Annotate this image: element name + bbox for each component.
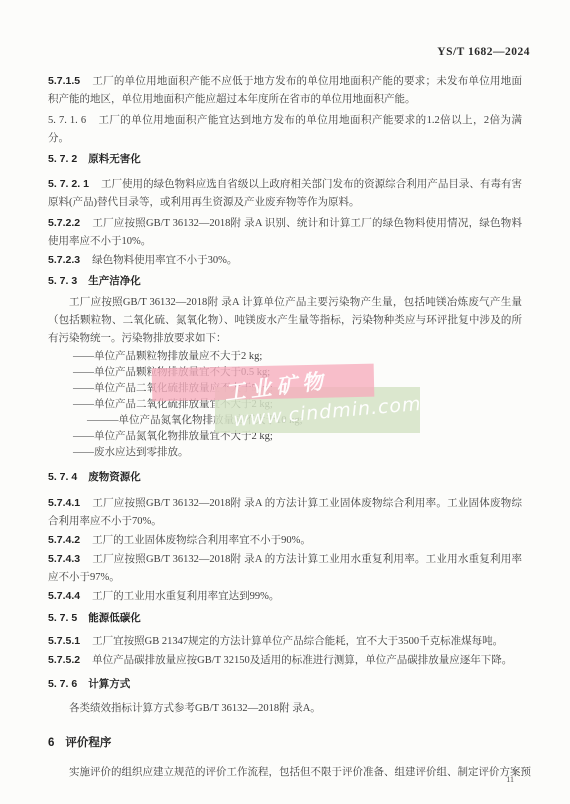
paragraph-6: 实施评价的组织应建立规范的评价工作流程，包括但不限于评价准备、组建评价组、制定评… <box>48 764 522 782</box>
clause-text: 工厂宜按照GB 21347规定的方法计算单位产品综合能耗，宜不大于3500千克标… <box>92 636 503 647</box>
heading-title: 生产洁净化 <box>88 275 141 287</box>
page-number: 11 <box>506 775 514 784</box>
heading-number: 5. 7. 3 <box>48 275 77 287</box>
clause-5-7-2-3: 5.7.2.3绿色物料使用率宜不小于30%。 <box>48 251 522 270</box>
clause-text: 工厂的单位用地面积产能宜达到地方发布的单位用地面积产能要求的1.2倍以上，2倍为… <box>48 115 522 144</box>
heading-5-7-4: 5. 7. 4废物资源化 <box>48 470 522 484</box>
clause-5-7-4-3: 5.7.4.3工厂应按照GB/T 36132—2018附 录A 的方法计算工业用… <box>48 550 522 587</box>
clause-number: 5.7.5.1 <box>48 635 80 647</box>
clause-number: 5.7.1.5 <box>48 75 80 87</box>
clause-number: 5.7.4.3 <box>48 553 80 565</box>
clause-text: 绿色物料使用率宜不小于30%。 <box>92 255 237 266</box>
heading-6: 6评价程序 <box>48 735 522 751</box>
clause-5-7-5-2: 5.7.5.2单位产品碳排放量应按GB/T 32150及适用的标准进行测算，单位… <box>48 651 522 670</box>
clause-text: 工厂的工业固体废物综合利用率宜不小于90%。 <box>92 535 311 546</box>
heading-5-7-2: 5. 7. 2原料无害化 <box>48 152 522 166</box>
heading-title: 废物资源化 <box>88 471 141 483</box>
clause-5-7-4-2: 5.7.4.2工厂的工业固体废物综合利用率宜不小于90%。 <box>48 531 522 550</box>
clause-text: 工厂应按照GB/T 36132—2018附 录A 的方法计算工业固体废物综合利用… <box>48 498 522 527</box>
heading-number: 5. 7. 4 <box>48 471 77 483</box>
paragraph-5-7-6: 各类绩效指标计算方式参考GB/T 36132—2018附 录A。 <box>48 700 522 718</box>
clause-5-7-4-4: 5.7.4.4工厂的工业用水重复利用率宜达到99%。 <box>48 587 522 606</box>
heading-number: 5. 7. 6 <box>48 678 77 690</box>
document-code-header: YS/T 1682—2024 <box>437 46 530 58</box>
clause-text: 工厂的工业用水重复利用率宜达到99%。 <box>92 591 279 602</box>
heading-title: 评价程序 <box>65 737 111 749</box>
heading-title: 原料无害化 <box>88 153 141 165</box>
heading-number: 5. 7. 5 <box>48 612 77 624</box>
clause-number: 5.7.4.2 <box>48 534 80 546</box>
heading-5-7-3: 5. 7. 3生产洁净化 <box>48 274 522 288</box>
clause-number: 5.7.5.2 <box>48 654 80 666</box>
clause-text: 工厂应按照GB/T 36132—2018附 录A 的方法计算工业用水重复利用率。… <box>48 554 522 583</box>
clause-number: 5. 7. 1. 6 <box>48 115 86 126</box>
clause-number: 5.7.4.4 <box>48 590 80 602</box>
pollutant-limit-item: ——单位产品颗粒物排放量应不大于2 kg; <box>73 349 522 365</box>
heading-5-7-5: 5. 7. 5能源低碳化 <box>48 611 522 625</box>
clause-5-7-4-1: 5.7.4.1工厂应按照GB/T 36132—2018附 录A 的方法计算工业固… <box>48 494 522 531</box>
clause-5-7-5-1: 5.7.5.1工厂宜按照GB 21347规定的方法计算单位产品综合能耗，宜不大于… <box>48 632 522 651</box>
clause-number: 5.7.2.3 <box>48 254 80 266</box>
heading-title: 能源低碳化 <box>88 612 141 624</box>
clause-number: 5. 7. 2. 1 <box>48 178 89 190</box>
clause-5-7-1-5: 5.7.1.5工厂的单位用地面积产能不应低于地方发布的单位用地面积产能的要求；未… <box>48 72 522 109</box>
clause-number: 5.7.4.1 <box>48 497 80 509</box>
clause-number: 5.7.2.2 <box>48 217 80 229</box>
heading-number: 5. 7. 2 <box>48 153 77 165</box>
heading-title: 计算方式 <box>88 678 130 690</box>
heading-5-7-6: 5. 7. 6计算方式 <box>48 677 522 691</box>
clause-text: 单位产品碳排放量应按GB/T 32150及适用的标准进行测算，单位产品碳排放量应… <box>92 655 512 666</box>
clause-text: 工厂应按照GB/T 36132—2018附 录A 识别、统计和计算工厂的绿色物料… <box>48 218 522 247</box>
document-page: YS/T 1682—2024 5.7.1.5工厂的单位用地面积产能不应低于地方发… <box>0 0 570 804</box>
clause-text: 工厂的单位用地面积产能不应低于地方发布的单位用地面积产能的要求；未发布单位用地面… <box>48 76 522 105</box>
pollutant-limit-item: ——废水应达到零排放。 <box>73 445 522 461</box>
clause-text: 工厂使用的绿色物料应选自省级以上政府相关部门发布的资源综合利用产品目录、有毒有害… <box>48 179 522 208</box>
paragraph-5-7-3: 工厂应按照GB/T 36132—2018附 录A 计算单位产品主要污染物产生量，… <box>48 294 522 348</box>
clause-5-7-1-6: 5. 7. 1. 6工厂的单位用地面积产能宜达到地方发布的单位用地面积产能要求的… <box>48 112 522 148</box>
clause-5-7-2-2: 5.7.2.2工厂应按照GB/T 36132—2018附 录A 识别、统计和计算… <box>48 214 522 251</box>
heading-number: 6 <box>48 737 54 749</box>
clause-5-7-2-1: 5. 7. 2. 1工厂使用的绿色物料应选自省级以上政府相关部门发布的资源综合利… <box>48 175 522 212</box>
